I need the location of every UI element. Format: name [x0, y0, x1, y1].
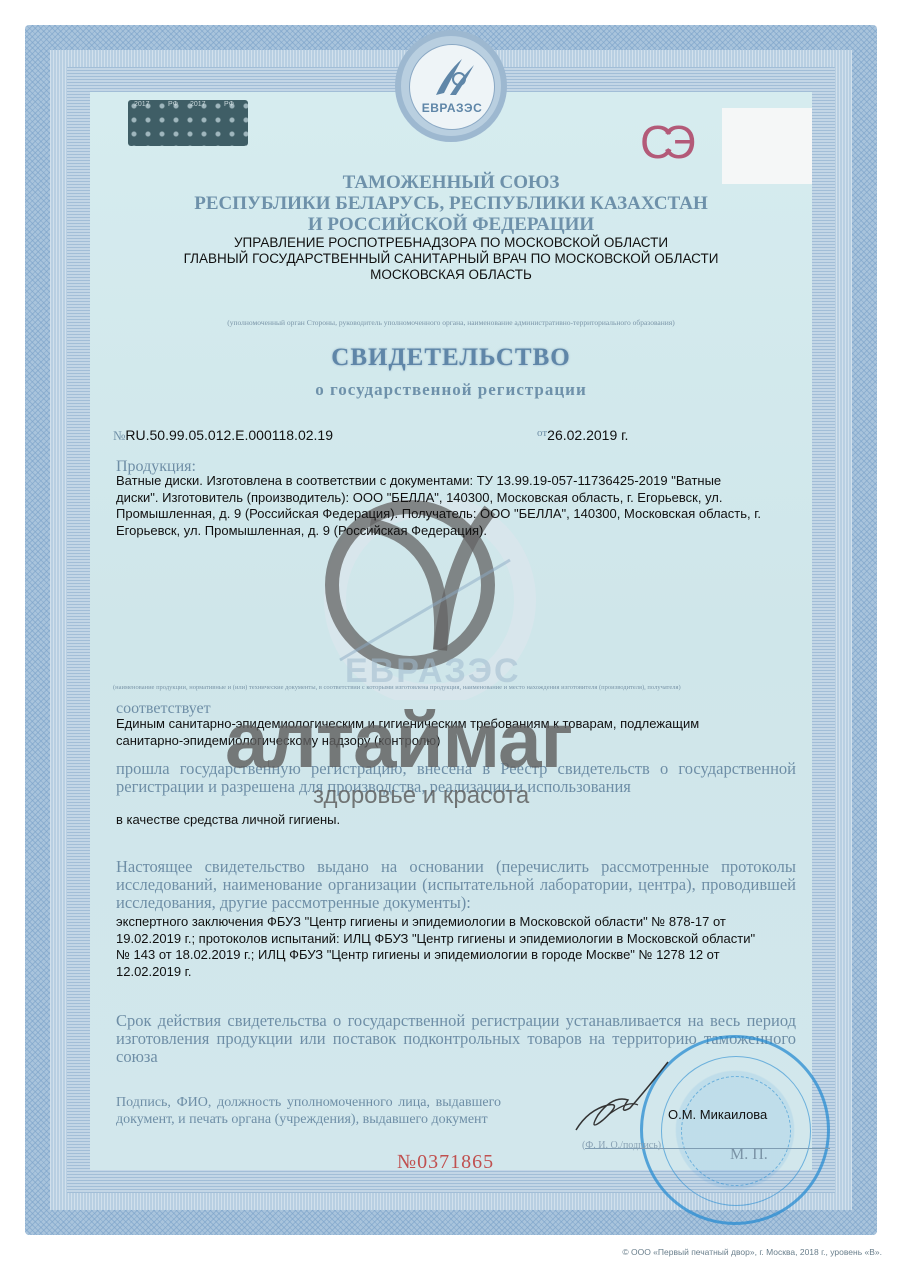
product-line: Ватные диски. Изготовлена в соответствии… — [116, 473, 806, 490]
document-subtitle: о государственной регистрации — [90, 380, 812, 400]
basis-line: 19.02.2019 г.; протоколов испытаний: ИЛЦ… — [116, 931, 806, 948]
authority-line: МОСКОВСКАЯ ОБЛАСТЬ — [90, 267, 812, 283]
seal-ring — [681, 1076, 791, 1186]
union-line: ТАМОЖЕННЫЙ СОЮЗ — [90, 172, 812, 193]
date-prefix: от — [537, 427, 547, 439]
eurasec-label: ЕВРАЗЭС — [410, 101, 494, 115]
product-line: диски". Изготовитель (производитель): ОО… — [116, 490, 806, 507]
conformity-mark-icon: СЭ — [640, 115, 710, 170]
registration-number-value: RU.50.99.05.012.E.000118.02.19 — [125, 427, 333, 443]
signature-icon — [568, 1060, 678, 1140]
product-line: Промышленная, д. 9 (Российская Федерация… — [116, 506, 806, 523]
issuing-authority: УПРАВЛЕНИЕ РОСПОТРЕБНАДЗОРА ПО МОСКОВСКО… — [90, 235, 812, 283]
customs-union-heading: ТАМОЖЕННЫЙ СОЮЗ РЕСПУБЛИКИ БЕЛАРУСЬ, РЕС… — [90, 172, 812, 235]
registration-number: №RU.50.99.05.012.E.000118.02.19 — [113, 427, 333, 445]
blank-serial-number: №0371865 — [397, 1151, 494, 1174]
basis-line: экспертного заключения ФБУЗ "Центр гигие… — [116, 914, 806, 931]
signature-label: Подпись, ФИО, должность уполномоченного … — [116, 1094, 501, 1128]
number-prefix: № — [113, 428, 125, 443]
registration-date-value: 26.02.2019 г. — [547, 427, 628, 443]
basis-documents: экспертного заключения ФБУЗ "Центр гигие… — [116, 914, 806, 980]
hologram-mark: 2017 — [134, 101, 150, 108]
eurasec-logo-icon — [432, 55, 476, 99]
product-description: Ватные диски. Изготовлена в соответствии… — [116, 473, 806, 539]
hologram-mark: РФ — [168, 101, 178, 108]
hologram-mark: 2017 — [190, 101, 206, 108]
product-line: Егорьевск, ул. Промышленная, д. 9 (Росси… — [116, 523, 806, 540]
signer-name: О.М. Микаилова — [668, 1107, 767, 1124]
signer-hint: (Ф. И. О./подпись) — [582, 1140, 661, 1151]
product-hint: (наименование продукции, нормативные и (… — [113, 684, 803, 691]
basis-label: Настоящее свидетельство выдано на основа… — [116, 858, 796, 912]
basis-line: 12.02.2019 г. — [116, 964, 806, 981]
hologram-mark: РФ — [224, 101, 234, 108]
authority-line: УПРАВЛЕНИЕ РОСПОТРЕБНАДЗОРА ПО МОСКОВСКО… — [90, 235, 812, 251]
eurasec-emblem: ЕВРАЗЭС — [395, 30, 507, 142]
basis-line: № 143 от 18.02.2019 г.; ИЛЦ ФБУЗ "Центр … — [116, 947, 806, 964]
registration-date: от26.02.2019 г. — [537, 427, 628, 445]
union-line: РЕСПУБЛИКИ БЕЛАРУСЬ, РЕСПУБЛИКИ КАЗАХСТА… — [90, 193, 812, 214]
hologram-sticker: 2017 РФ 2017 РФ — [128, 100, 248, 146]
seal-mark: М. П. — [730, 1146, 768, 1164]
document-title: СВИДЕТЕЛЬСТВО — [90, 344, 812, 372]
watermark-brand: алтаймаг — [225, 700, 572, 780]
watermark-tagline: здоровье и красота — [313, 782, 529, 810]
authority-hint: (уполномоченный орган Стороны, руководит… — [90, 318, 812, 327]
printer-copyright: © ООО «Первый печатный двор», г. Москва,… — [622, 1247, 882, 1257]
union-line: И РОССИЙСКОЙ ФЕДЕРАЦИИ — [90, 214, 812, 235]
authority-line: ГЛАВНЫЙ ГОСУДАРСТВЕННЫЙ САНИТАРНЫЙ ВРАЧ … — [90, 251, 812, 267]
registration-purpose: в качестве средства личной гигиены. — [116, 812, 340, 829]
